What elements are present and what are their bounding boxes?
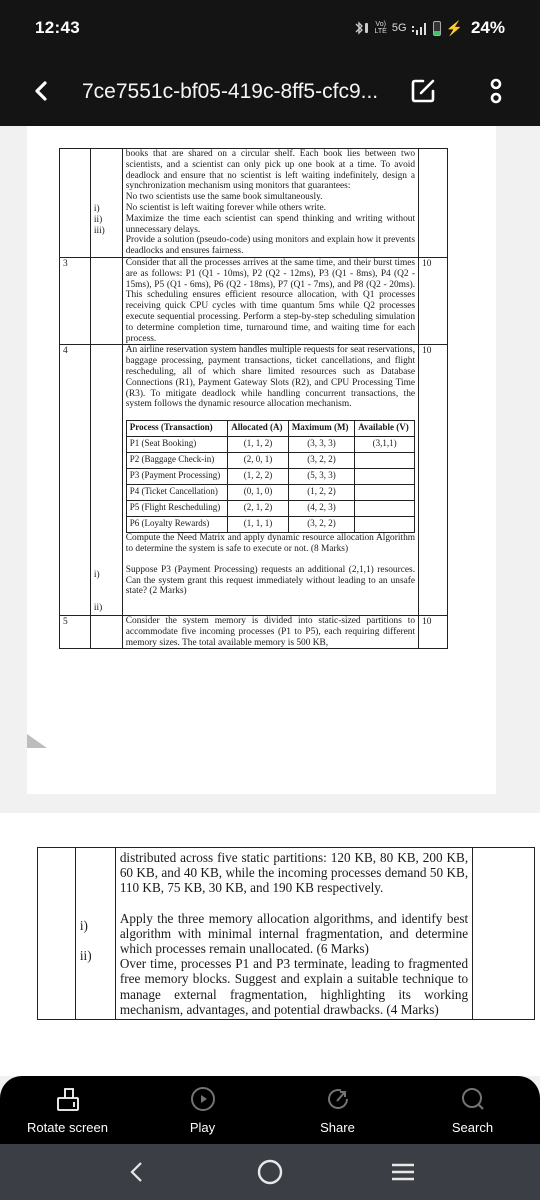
table-cell: P5 (Flight Rescheduling)	[126, 501, 227, 517]
network-type: 5G	[392, 22, 407, 34]
question-text: Consider the system memory is divided in…	[122, 615, 418, 648]
bluetooth-icon	[354, 21, 370, 35]
table-header-row: Process (Transaction)Allocated (A)Maximu…	[126, 421, 414, 437]
question-text: An airline reservation system handles mu…	[126, 345, 415, 410]
rotate-screen-button[interactable]: Rotate screen	[0, 1076, 135, 1144]
question-text: books that are shared on a circular shel…	[126, 149, 415, 192]
recents-icon	[390, 1161, 416, 1183]
back-button[interactable]	[26, 76, 56, 106]
table-row: i) ii) distributed across five static pa…	[38, 848, 535, 1020]
table-cell	[355, 469, 415, 485]
battery-percent: 24%	[471, 18, 505, 38]
page-1: i) ii) iii) books that are shared on a c…	[27, 126, 496, 794]
table-row: P4 (Ticket Cancellation)(0, 1, 0)(1, 2, …	[126, 485, 414, 501]
page-2: i) ii) distributed across five static pa…	[0, 813, 540, 1076]
system-nav-bar	[0, 1144, 540, 1200]
table-cell: P2 (Baggage Check-in)	[126, 453, 227, 469]
table-row: P3 (Payment Processing)(1, 2, 2)(5, 3, 3…	[126, 469, 414, 485]
table-row: i) ii) iii) books that are shared on a c…	[60, 149, 448, 258]
rotate-screen-icon	[55, 1086, 81, 1112]
status-time: 12:43	[35, 18, 80, 38]
table-cell: (3, 2, 2)	[288, 453, 354, 469]
table-cell	[355, 517, 415, 533]
chevron-left-icon	[26, 76, 56, 106]
status-bar: 12:43 Vo)LTE 5G ⚡ 24%	[0, 0, 540, 62]
table-cell: (1, 2, 2)	[228, 469, 289, 485]
table-cell: (1, 2, 2)	[288, 485, 354, 501]
table-row: 3 Consider that all the processes arrive…	[60, 257, 448, 344]
nav-home-button[interactable]	[250, 1152, 290, 1192]
page-corner-fold	[27, 734, 47, 748]
table-cell: (2, 1, 2)	[228, 501, 289, 517]
edit-button[interactable]	[409, 77, 437, 105]
table-cell: P3 (Payment Processing)	[126, 469, 227, 485]
table-row: P2 (Baggage Check-in)(2, 0, 1)(3, 2, 2)	[126, 453, 414, 469]
status-icons: Vo)LTE 5G ⚡ 24%	[354, 18, 505, 38]
question-marks: 10	[419, 257, 448, 344]
table-row: P1 (Seat Booking)(1, 1, 2)(3, 3, 3)(3,1,…	[126, 437, 414, 453]
table-cell: (3, 3, 3)	[288, 437, 354, 453]
play-button[interactable]: Play	[135, 1076, 270, 1144]
battery-icon	[433, 21, 441, 36]
edit-icon	[409, 77, 437, 105]
table-row: 4 i) ii) An airline reservation system h…	[60, 345, 448, 616]
table-cell: (0, 1, 0)	[228, 485, 289, 501]
more-vertical-icon	[488, 76, 504, 108]
question-number: 3	[60, 257, 91, 344]
signal-icon	[412, 22, 428, 35]
table-cell: (2, 0, 1)	[228, 453, 289, 469]
table-row: 5 Consider the system memory is divided …	[60, 615, 448, 648]
table-cell: (4, 2, 3)	[288, 501, 354, 517]
table-cell	[355, 485, 415, 501]
table-cell	[355, 501, 415, 517]
table-cell: (1, 1, 2)	[228, 437, 289, 453]
share-icon	[325, 1086, 351, 1112]
table-cell	[355, 453, 415, 469]
table-cell: P4 (Ticket Cancellation)	[126, 485, 227, 501]
charging-icon: ⚡	[446, 20, 463, 37]
question-text: Consider that all the processes arrives …	[122, 257, 418, 344]
nav-back-button[interactable]	[117, 1152, 157, 1192]
play-icon	[190, 1086, 216, 1112]
app-bar: 7ce7551c-bf05-419c-8ff5-cfc9...	[0, 62, 540, 126]
column-header: Allocated (A)	[228, 421, 289, 437]
question-table-page-1: i) ii) iii) books that are shared on a c…	[59, 148, 448, 649]
table-cell: (3, 2, 2)	[288, 517, 354, 533]
search-button[interactable]: Search	[405, 1076, 540, 1144]
question-number: 4	[60, 345, 91, 616]
action-bar: Rotate screen Play Share Search	[0, 1076, 540, 1144]
table-cell: (3,1,1)	[355, 437, 415, 453]
resource-allocation-table: Process (Transaction)Allocated (A)Maximu…	[126, 420, 415, 533]
question-marks: 10	[419, 345, 448, 616]
nav-recents-button[interactable]	[383, 1152, 423, 1192]
search-icon	[460, 1086, 486, 1112]
question-marks: 10	[419, 615, 448, 648]
more-options-button[interactable]	[488, 76, 504, 108]
table-cell: P6 (Loyalty Rewards)	[126, 517, 227, 533]
question-number: 5	[60, 615, 91, 648]
volte-icon: Vo)LTE	[375, 21, 387, 35]
question-table-page-2: i) ii) distributed across five static pa…	[37, 847, 535, 1020]
column-header: Maximum (M)	[288, 421, 354, 437]
share-button[interactable]: Share	[270, 1076, 405, 1144]
table-row: P5 (Flight Rescheduling)(2, 1, 2)(4, 2, …	[126, 501, 414, 517]
column-header: Process (Transaction)	[126, 421, 227, 437]
document-title: 7ce7551c-bf05-419c-8ff5-cfc9...	[82, 80, 378, 104]
table-cell: (1, 1, 1)	[228, 517, 289, 533]
document-viewer[interactable]: i) ii) iii) books that are shared on a c…	[0, 126, 540, 1076]
table-cell: P1 (Seat Booking)	[126, 437, 227, 453]
back-icon	[127, 1160, 147, 1184]
table-row: P6 (Loyalty Rewards)(1, 1, 1)(3, 2, 2)	[126, 517, 414, 533]
table-cell: (5, 3, 3)	[288, 469, 354, 485]
home-icon	[256, 1158, 284, 1186]
question-text: distributed across five static partition…	[120, 850, 468, 896]
column-header: Available (V)	[355, 421, 415, 437]
